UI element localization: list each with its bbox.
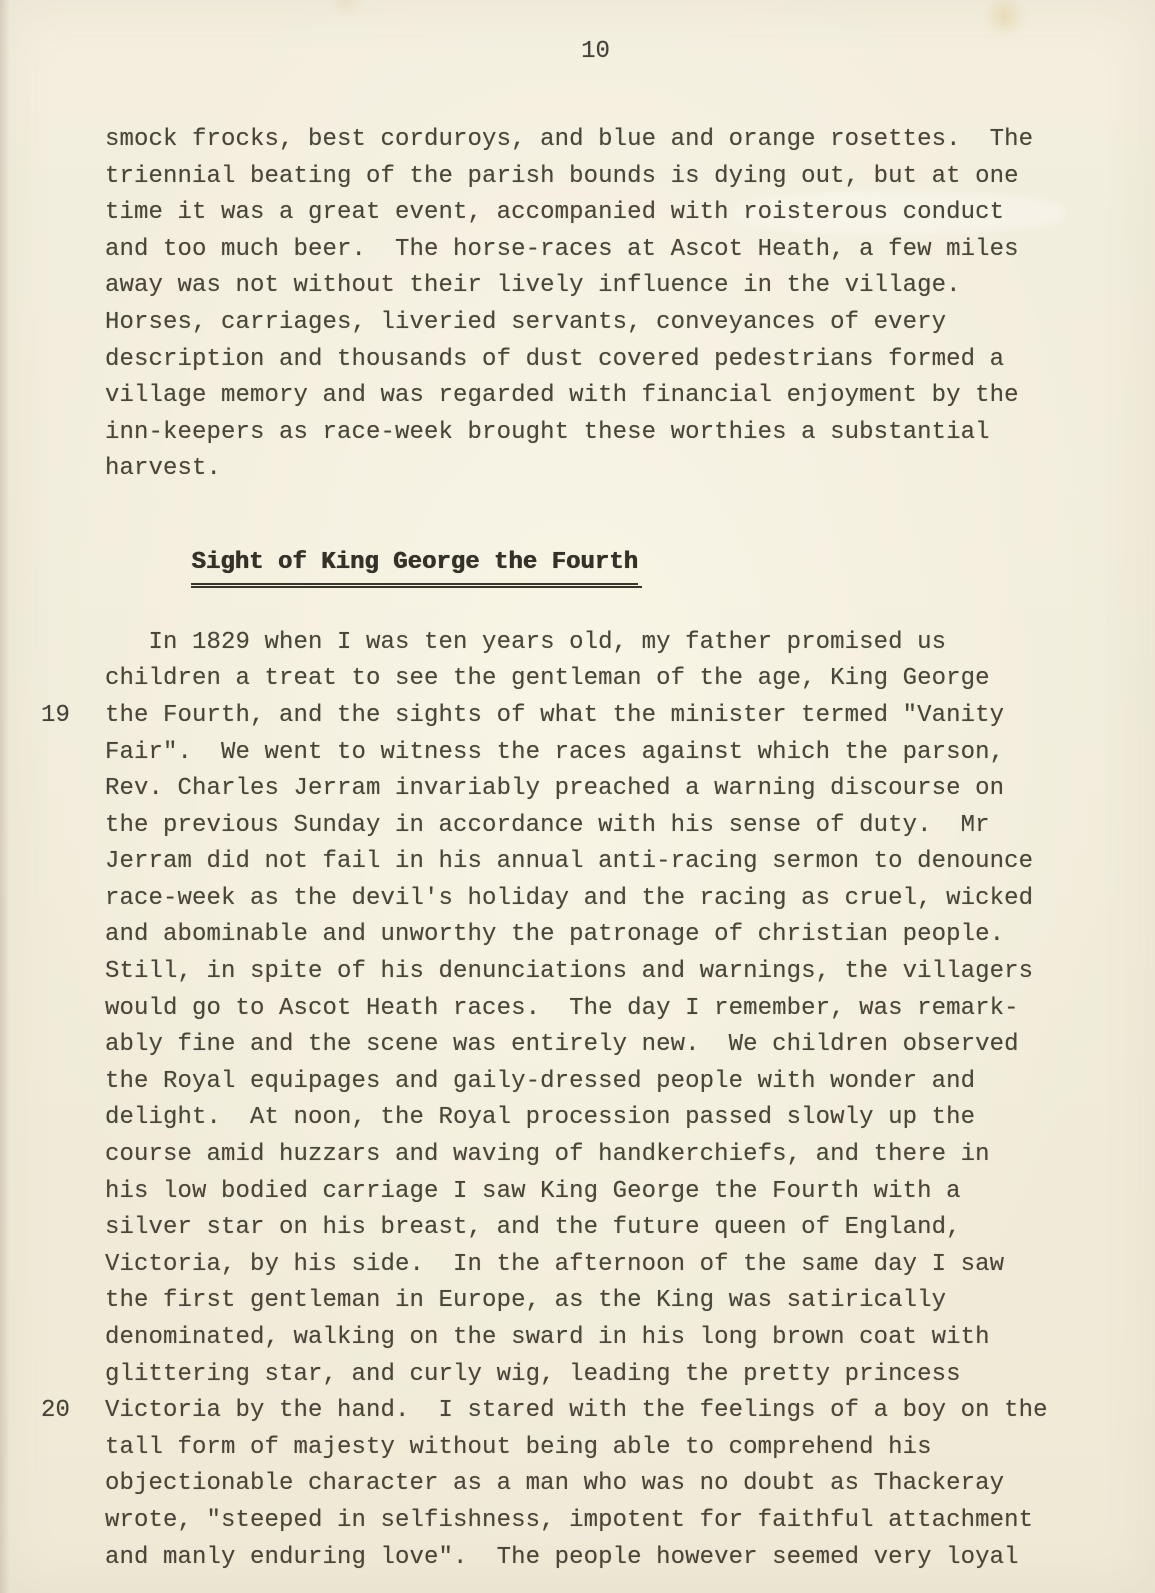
text-line: tall form of majesty without being able …: [105, 1430, 1090, 1467]
line-text: harvest.: [105, 455, 221, 482]
text-line: objectionable character as a man who was…: [105, 1466, 1090, 1503]
section-heading: Sight of King George the Fourth: [191, 545, 637, 586]
text-line: Still, in spite of his denunciations and…: [105, 954, 1090, 991]
line-text: and too much beer. The horse-races at As…: [105, 236, 1019, 263]
line-text: Still, in spite of his denunciations and…: [105, 958, 1033, 985]
page-body: smock frocks, best corduroys, and blue a…: [105, 122, 1090, 1576]
line-text: ably fine and the scene was entirely new…: [105, 1031, 1019, 1058]
line-text: the Fourth, and the sights of what the m…: [105, 702, 1004, 729]
text-line: delight. At noon, the Royal procession p…: [105, 1100, 1090, 1137]
text-line: away was not without their lively influe…: [105, 268, 1090, 305]
text-line: Horses, carriages, liveried servants, co…: [105, 305, 1090, 342]
line-text: village memory and was regarded with fin…: [105, 382, 1019, 409]
margin-line-number: 20: [41, 1393, 70, 1430]
text-line: and abominable and unworthy the patronag…: [105, 917, 1090, 954]
line-text: course amid huzzars and waving of handke…: [105, 1141, 990, 1168]
line-text: time it was a great event, accompanied w…: [105, 199, 1004, 226]
paragraph-1: smock frocks, best corduroys, and blue a…: [105, 122, 1090, 488]
line-text: description and thousands of dust covere…: [105, 346, 1004, 373]
line-text: denominated, walking on the sward in his…: [105, 1324, 990, 1351]
line-text: objectionable character as a man who was…: [105, 1470, 1004, 1497]
line-text: glittering star, and curly wig, leading …: [105, 1361, 961, 1388]
text-line: inn-keepers as race-week brought these w…: [105, 415, 1090, 452]
line-text: In 1829 when I was ten years old, my fat…: [105, 629, 946, 656]
line-text: his low bodied carriage I saw King Georg…: [105, 1178, 961, 1205]
line-text: Rev. Charles Jerram invariably preached …: [105, 775, 1004, 802]
text-line: glittering star, and curly wig, leading …: [105, 1357, 1090, 1394]
text-line: the Royal equipages and gaily-dressed pe…: [105, 1064, 1090, 1101]
line-text: Jerram did not fail in his annual anti-r…: [105, 848, 1033, 875]
text-line: 19the Fourth, and the sights of what the…: [105, 698, 1090, 735]
line-text: triennial beating of the parish bounds i…: [105, 163, 1019, 190]
text-line: Rev. Charles Jerram invariably preached …: [105, 771, 1090, 808]
section-heading-row: Sight of King George the Fourth: [105, 508, 1090, 625]
text-line: harvest.: [105, 451, 1090, 488]
line-text: the first gentleman in Europe, as the Ki…: [105, 1287, 946, 1314]
line-text: away was not without their lively influe…: [105, 272, 961, 299]
line-text: the previous Sunday in accordance with h…: [105, 812, 990, 839]
line-text: and manly enduring love". The people how…: [105, 1544, 1019, 1571]
line-text: Horses, carriages, liveried servants, co…: [105, 309, 946, 336]
line-text: Victoria by the hand. I stared with the …: [105, 1397, 1048, 1424]
text-line: triennial beating of the parish bounds i…: [105, 159, 1090, 196]
line-text: Victoria, by his side. In the afternoon …: [105, 1251, 1004, 1278]
text-line: and too much beer. The horse-races at As…: [105, 232, 1090, 269]
line-text: inn-keepers as race-week brought these w…: [105, 419, 990, 446]
text-line: his low bodied carriage I saw King Georg…: [105, 1174, 1090, 1211]
text-line: and manly enduring love". The people how…: [105, 1540, 1090, 1577]
text-line: Fair". We went to witness the races agai…: [105, 735, 1090, 772]
line-text: wrote, "steeped in selfishness, impotent…: [105, 1507, 1033, 1534]
line-text: Fair". We went to witness the races agai…: [105, 739, 1004, 766]
text-line: time it was a great event, accompanied w…: [105, 195, 1090, 232]
text-line: description and thousands of dust covere…: [105, 342, 1090, 379]
document-page: 10 smock frocks, best corduroys, and blu…: [0, 0, 1155, 1593]
text-line: Victoria, by his side. In the afternoon …: [105, 1247, 1090, 1284]
text-line: 20Victoria by the hand. I stared with th…: [105, 1393, 1090, 1430]
text-line: Jerram did not fail in his annual anti-r…: [105, 844, 1090, 881]
line-text: children a treat to see the gentleman of…: [105, 665, 990, 692]
text-line: children a treat to see the gentleman of…: [105, 661, 1090, 698]
line-text: the Royal equipages and gaily-dressed pe…: [105, 1068, 975, 1095]
page-number: 10: [581, 36, 610, 68]
line-text: silver star on his breast, and the futur…: [105, 1214, 961, 1241]
line-text: delight. At noon, the Royal procession p…: [105, 1104, 975, 1131]
text-line: would go to Ascot Heath races. The day I…: [105, 991, 1090, 1028]
text-line: smock frocks, best corduroys, and blue a…: [105, 122, 1090, 159]
text-line: the first gentleman in Europe, as the Ki…: [105, 1283, 1090, 1320]
paragraph-2: In 1829 when I was ten years old, my fat…: [105, 625, 1090, 1576]
line-text: smock frocks, best corduroys, and blue a…: [105, 126, 1033, 153]
text-line: wrote, "steeped in selfishness, impotent…: [105, 1503, 1090, 1540]
line-text: race-week as the devil's holiday and the…: [105, 885, 1033, 912]
text-line: denominated, walking on the sward in his…: [105, 1320, 1090, 1357]
text-line: village memory and was regarded with fin…: [105, 378, 1090, 415]
heading-underline: Sight of King George the Fourth: [191, 545, 641, 589]
line-text: and abominable and unworthy the patronag…: [105, 921, 1004, 948]
line-text: tall form of majesty without being able …: [105, 1434, 932, 1461]
text-line: race-week as the devil's holiday and the…: [105, 881, 1090, 918]
text-line: course amid huzzars and waving of handke…: [105, 1137, 1090, 1174]
text-line: silver star on his breast, and the futur…: [105, 1210, 1090, 1247]
margin-line-number: 19: [41, 698, 70, 735]
text-line: ably fine and the scene was entirely new…: [105, 1027, 1090, 1064]
line-text: would go to Ascot Heath races. The day I…: [105, 995, 1019, 1022]
text-line: In 1829 when I was ten years old, my fat…: [105, 625, 1090, 662]
text-line: the previous Sunday in accordance with h…: [105, 808, 1090, 845]
